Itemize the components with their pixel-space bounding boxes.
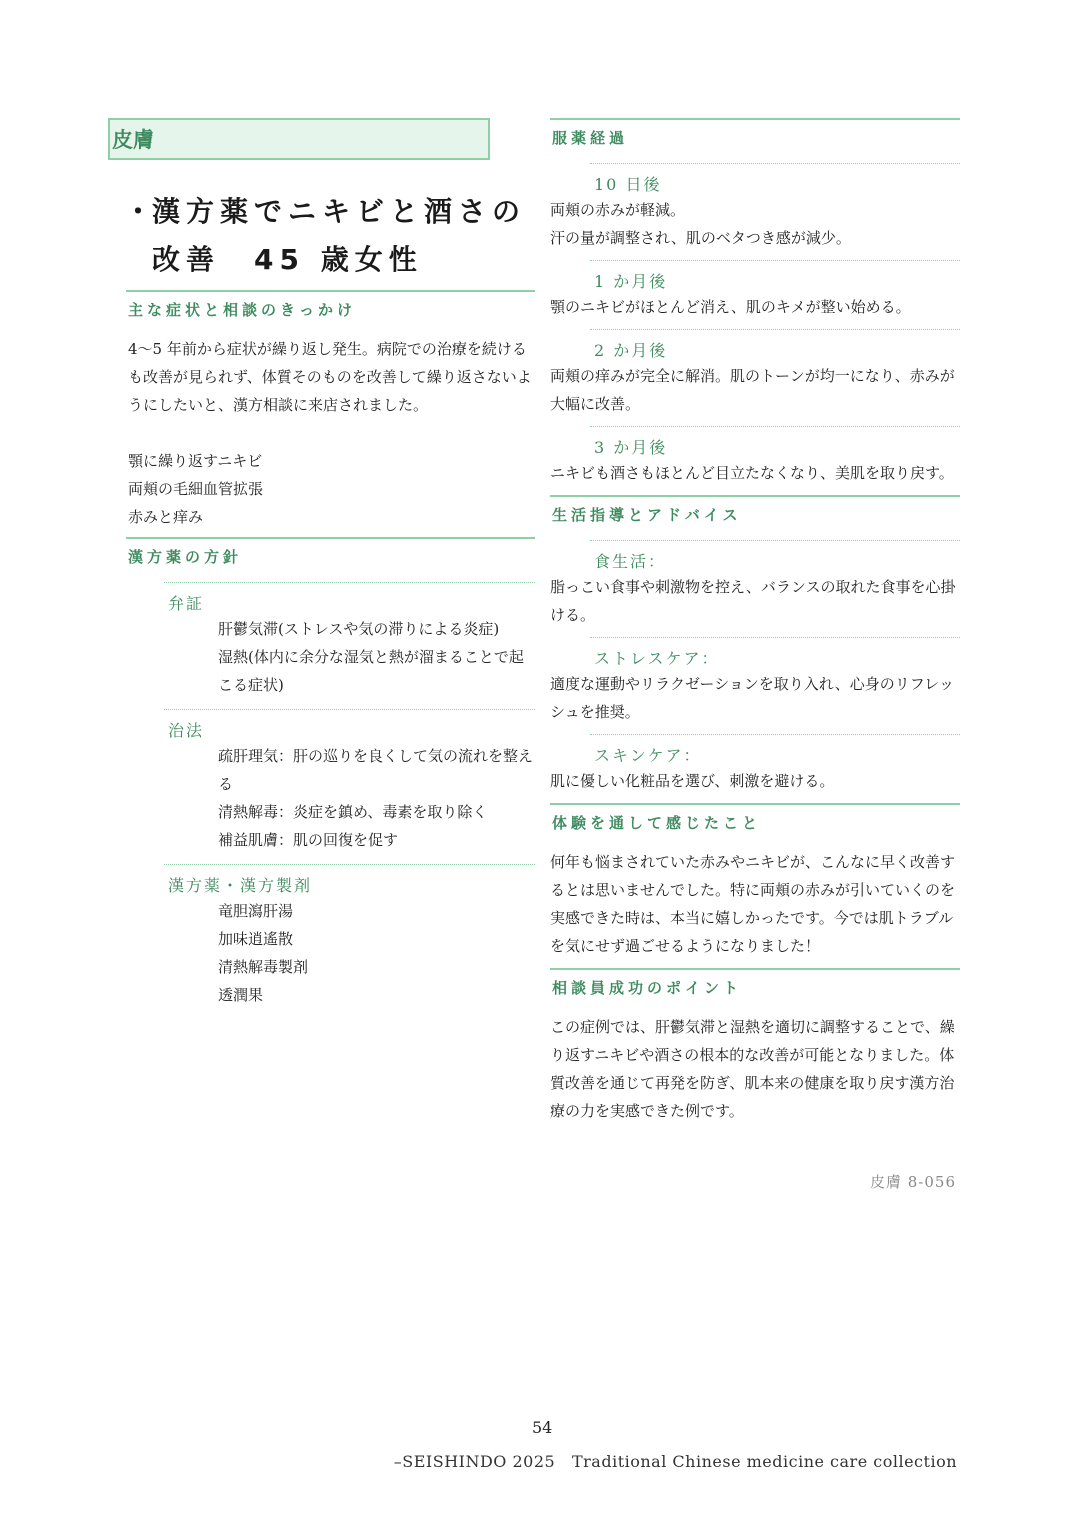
page-title: ・漢方薬でニキビと酒さの 改善 45 歳女性 <box>124 188 535 284</box>
policy-item: 疏肝理気：肝の巡りを良くして気の流れを整える <box>218 742 535 798</box>
policy-medicines: 漢方薬・漢方製剤 竜胆瀉肝湯 加味逍遙散 清熱解毒製剤 透潤果 <box>164 864 535 1009</box>
left-column: 皮膚 ・漢方薬でニキビと酒さの 改善 45 歳女性 主な症状と相談のきっかけ 4… <box>108 118 535 1009</box>
experience-section: 体験を通して感じたこと 何年も悩まされていた赤みやニキビが、こんなに早く改善する… <box>550 803 960 960</box>
policy-heading: 漢方薬の方針 <box>126 537 535 574</box>
medicine-item: 竜胆瀉肝湯 <box>218 897 535 925</box>
page-number: 54 <box>532 1418 552 1437</box>
medicine-item: 加味逍遙散 <box>218 925 535 953</box>
symptoms-heading: 主な症状と相談のきっかけ <box>126 290 535 327</box>
policy-item: 清熱解毒：炎症を鎮め、毒素を取り除く <box>218 798 535 826</box>
policy-diagnosis: 弁証 肝鬱気滞(ストレスや気の滞りによる炎症) 湿熱(体内に余分な湿気と熱が溜ま… <box>164 582 535 699</box>
success-section: 相談員成功のポイント この症例では、肝鬱気滞と湿熱を適切に調整することで、繰り返… <box>550 968 960 1125</box>
symptom-item: 赤みと痒み <box>128 503 535 531</box>
symptoms-list: 顎に繰り返すニキビ 両頬の毛細血管拡張 赤みと痒み <box>128 447 535 531</box>
progress-heading: 服薬経過 <box>550 118 960 155</box>
policy-treatment: 治法 疏肝理気：肝の巡りを良くして気の流れを整える 清熱解毒：炎症を鎮め、毒素を… <box>164 709 535 854</box>
symptoms-description: 4〜5 年前から症状が繰り返し発生。病院での治療を続けるも改善が見られず、体質そ… <box>128 335 535 419</box>
policy-item: 湿熱(体内に余分な湿気と熱が溜まることで起こる症状) <box>218 643 535 699</box>
bullet-icon: ・ <box>124 188 152 236</box>
advice-section: 生活指導とアドバイス 食生活： 脂っこい食事や刺激物を控え、バランスの取れた食事… <box>550 495 960 795</box>
right-column: 服薬経過 10 日後 両頬の赤みが軽減。 汗の量が調整され、肌のベタつき感が減少… <box>550 118 960 1192</box>
symptom-item: 顎に繰り返すニキビ <box>128 447 535 475</box>
policy-section: 漢方薬の方針 弁証 肝鬱気滞(ストレスや気の滞りによる炎症) 湿熱(体内に余分な… <box>108 537 535 1009</box>
medicine-item: 清熱解毒製剤 <box>218 953 535 981</box>
advice-heading: 生活指導とアドバイス <box>550 495 960 532</box>
symptoms-section: 主な症状と相談のきっかけ 4〜5 年前から症状が繰り返し発生。病院での治療を続け… <box>108 290 535 531</box>
category-label: 皮膚 <box>108 118 490 160</box>
policy-item: 肝鬱気滞(ストレスや気の滞りによる炎症) <box>218 615 535 643</box>
progress-section: 服薬経過 10 日後 両頬の赤みが軽減。 汗の量が調整され、肌のベタつき感が減少… <box>550 118 960 487</box>
medicine-item: 透潤果 <box>218 981 535 1009</box>
experience-heading: 体験を通して感じたこと <box>550 803 960 840</box>
success-heading: 相談員成功のポイント <box>550 968 960 1005</box>
symptom-item: 両頬の毛細血管拡張 <box>128 475 535 503</box>
case-id: 皮膚 8-056 <box>550 1171 960 1192</box>
policy-item: 補益肌膚：肌の回復を促す <box>218 826 535 854</box>
footer: –SEISHINDO 2025 Traditional Chinese medi… <box>394 1452 957 1471</box>
